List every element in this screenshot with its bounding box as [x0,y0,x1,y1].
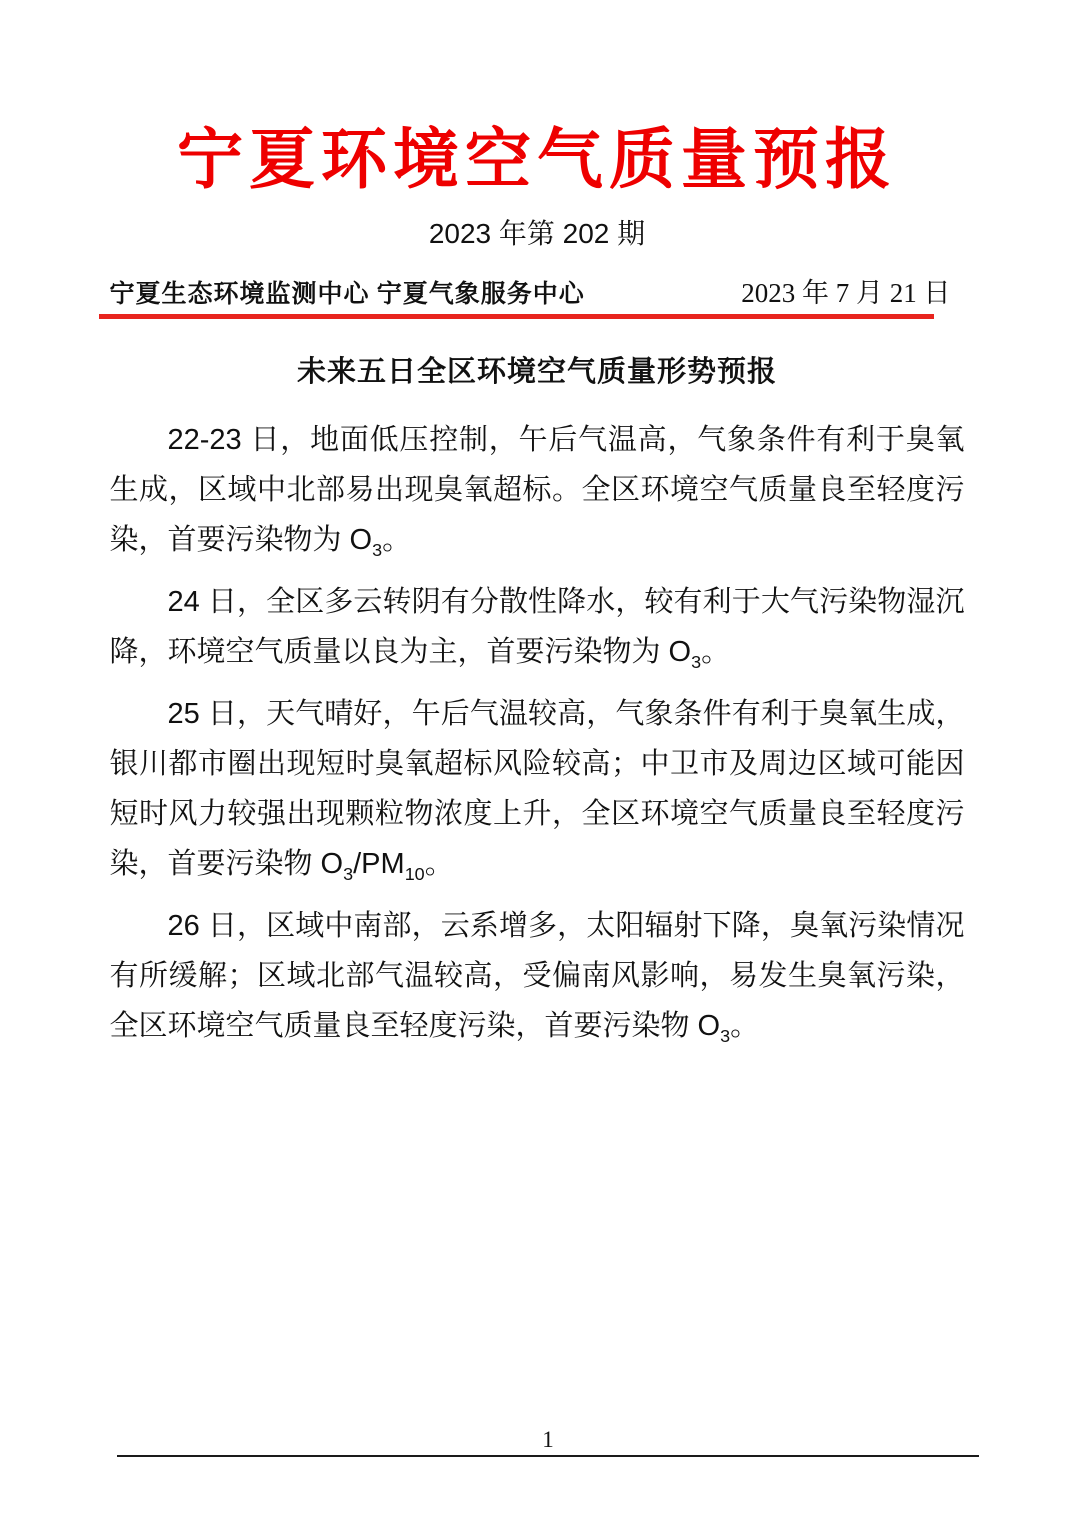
body-paragraphs: 22-23 日，地面低压控制，午后气温高，气象条件有利于臭氧生成，区域中北部易出… [110,415,965,1051]
page-number: 1 [117,1425,979,1455]
forecast-paragraph: 26 日，区域中南部，云系增多，太阳辐射下降，臭氧污染情况有所缓解；区域北部气温… [110,901,965,1051]
red-divider-rule [99,314,934,319]
section-heading: 未来五日全区环境空气质量形势预报 [110,355,965,389]
issue-date: 2023 年 7 月 21 日 [741,277,964,309]
page-footer: 1 [117,1425,979,1457]
forecast-paragraph: 25 日，天气晴好，午后气温较高，气象条件有利于臭氧生成，银川都市圈出现短时臭氧… [110,689,965,889]
forecast-paragraph: 24 日，全区多云转阴有分散性降水，较有利于大气污染物湿沉降，环境空气质量以良为… [110,577,965,677]
document-title: 宁夏环境空气质量预报 [110,126,965,195]
subscript: 3 [343,864,353,884]
publisher-date-row: 宁夏生态环境监测中心 宁夏气象服务中心 2023 年 7 月 21 日 [110,277,965,311]
subscript: 3 [691,652,701,672]
forecast-paragraph: 22-23 日，地面低压控制，午后气温高，气象条件有利于臭氧生成，区域中北部易出… [110,415,965,565]
document-page: 宁夏环境空气质量预报 2023 年第 202 期 宁夏生态环境监测中心 宁夏气象… [0,0,1074,1520]
subscript: 3 [720,1026,730,1046]
footer-divider-rule [117,1455,979,1457]
publisher-names: 宁夏生态环境监测中心 宁夏气象服务中心 [110,279,585,311]
issue-number-line: 2023 年第 202 期 [110,217,965,251]
subscript: 10 [405,864,425,884]
subscript: 3 [372,540,382,560]
document-content: 宁夏环境空气质量预报 2023 年第 202 期 宁夏生态环境监测中心 宁夏气象… [110,126,965,1051]
